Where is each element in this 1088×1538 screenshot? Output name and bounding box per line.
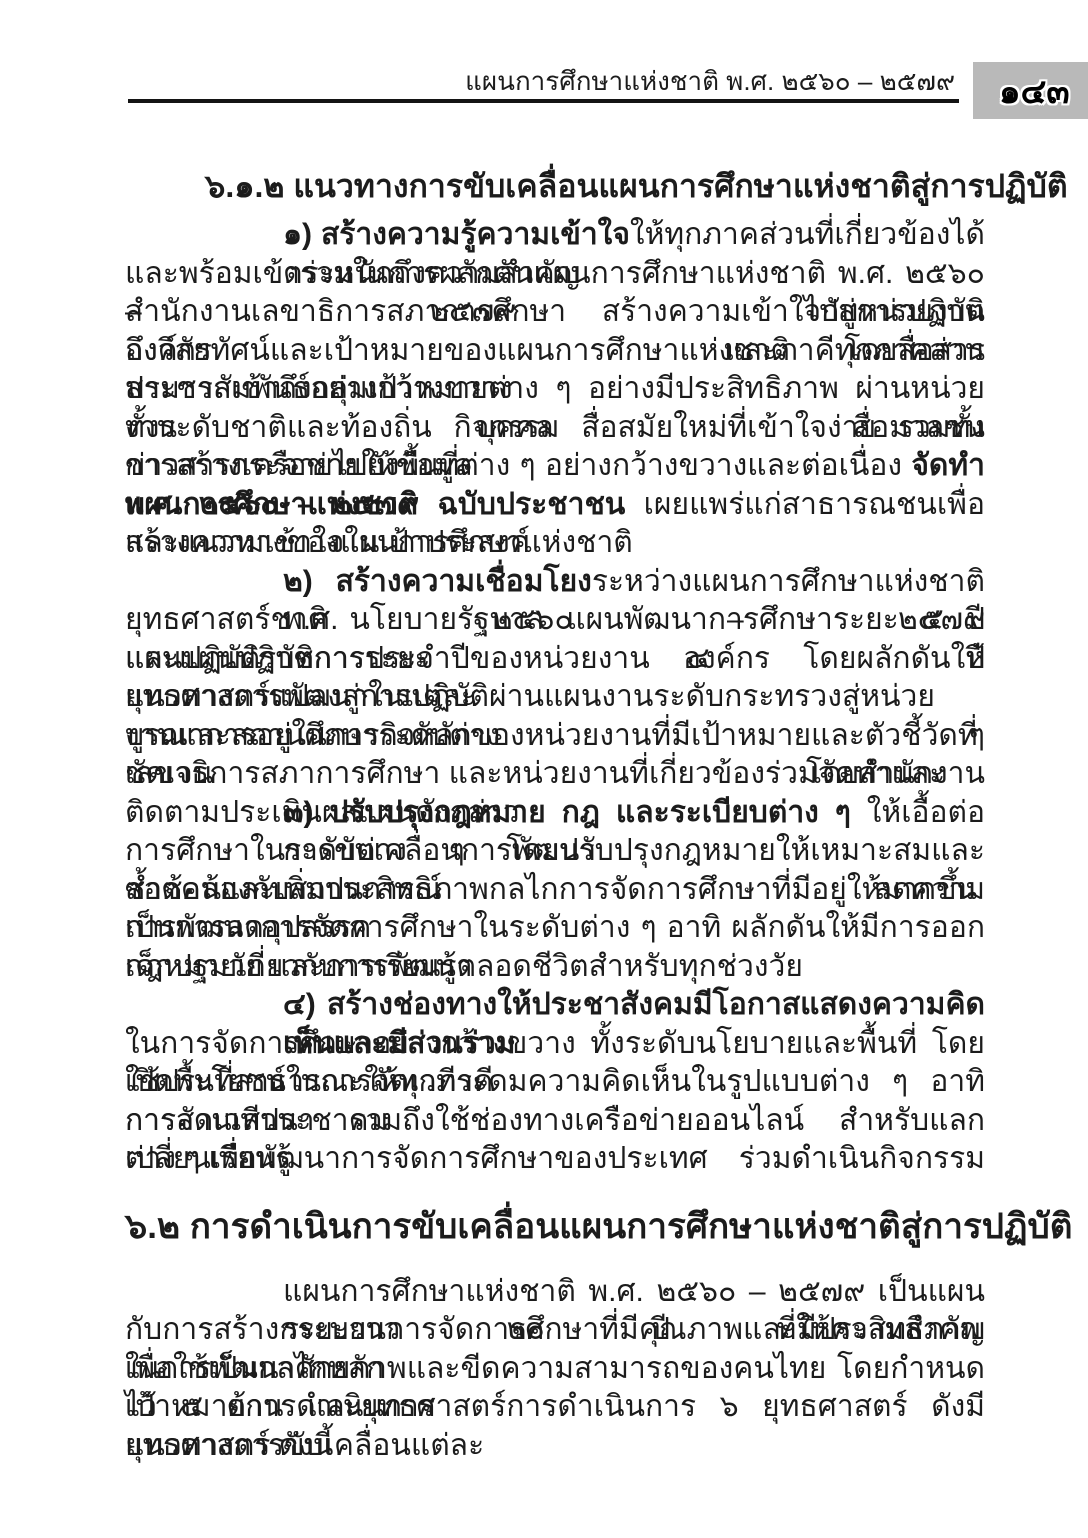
running-header-title: แผนการศึกษาแห่งชาติ พ.ศ. ๒๕๖๐ – ๒๕๗๙: [465, 64, 955, 98]
text-line: ๑) สร้างความรู้ความเข้าใจให้ทุกภาคส่วนที…: [125, 216, 985, 255]
text-line: ใช้ประโยชน์ในการจัดเวทีระดมความคิดเห็นใน…: [125, 1063, 985, 1102]
section-subheading: ๖.๑.๒ แนวทางการขับเคลื่อนแผนการศึกษาแห่ง…: [125, 166, 985, 216]
text-line: และแผนปฏิบัติการประจำปีของหน่วยงาน องค์ก…: [125, 640, 985, 679]
section-heading: ๖.๒ การดำเนินการขับเคลื่อนแผนการศึกษาแห่…: [125, 1201, 985, 1273]
text-line: แผนการศึกษาแห่งชาติ พ.ศ. ๒๕๖๐ – ๒๕๗๙ เป็…: [125, 1273, 985, 1312]
text-line: ยุทธศาสตร์ ดังนี้: [125, 1427, 985, 1466]
text-line: การศึกษาในระดับต่าง ๆ โดยปรับปรุงกฎหมายใ…: [125, 832, 985, 871]
page-number-badge: ๑๔๓: [973, 62, 1088, 119]
text-line: ๔) สร้างช่องทางให้ประชาสังคมมีโอกาสแสดงค…: [125, 986, 985, 1025]
bold-run: ๓) ปรับปรุงกฎหมาย กฎ และระเบียบต่าง ๆ: [283, 796, 867, 829]
text-line: สามารถเข้าถึงกลุ่มเป้าหมายต่าง ๆ อย่างมี…: [125, 370, 985, 409]
text-line: ในการจัดการศึกษาอย่างกว้างขวาง ทั้งระดับ…: [125, 1025, 985, 1064]
text-line: ถึงวิสัยทัศน์และเป้าหมายของแผนการศึกษาแห…: [125, 332, 985, 371]
text-line: และแนวทางของแผนการศึกษาแห่งชาติ: [125, 524, 985, 563]
document-page: แผนการศึกษาแห่งชาติ พ.ศ. ๒๕๖๐ – ๒๕๗๙ ๑๔๓…: [0, 0, 1088, 1538]
text-line: บูรณาการอยู่ในภารกิจหลักของหน่วยงานที่มี…: [125, 717, 985, 756]
page-number: ๑๔๓: [999, 64, 1070, 118]
paragraph: ๑) สร้างความรู้ความเข้าใจให้ทุกภาคส่วนที…: [125, 216, 985, 563]
text-line: ซ้ำซ้อนและเพิ่มประสิทธิภาพกลไกการจัดการศ…: [125, 871, 985, 910]
bold-run: พ.ศ. ๒๕๖๐ – ๒๕๗๙ ฉบับประชาชน: [125, 488, 625, 521]
bold-run: ๒) สร้างความเชื่อมโยง: [283, 565, 592, 598]
text-line: พ.ศ. ๒๕๖๐ – ๒๕๗๙ ฉบับประชาชน เผยแพร่แก่ส…: [125, 486, 985, 525]
text-line: ยุทธศาสตร์ชาติ นโยบายรัฐบาล แผนพัฒนาการศ…: [125, 601, 985, 640]
text-line: การพัฒนาการจัดการศึกษาในระดับต่าง ๆ อาทิ…: [125, 909, 985, 948]
header-rule: [128, 99, 959, 103]
text-line: และพร้อมเข้าร่วมในการผลักดันแผนการศึกษาแ…: [125, 255, 985, 294]
paragraph: ๒) สร้างความเชื่อมโยงระหว่างแผนการศึกษาแ…: [125, 563, 985, 794]
text-line: การสานเสวนา รวมถึงใช้ช่องทางเครือข่ายออน…: [125, 1102, 985, 1141]
text-line: ไว้ ๕ ด้าน และยุทธศาสตร์การดำเนินการ ๖ ย…: [125, 1388, 985, 1427]
text-line: กับการสร้างกระบวนการจัดการศึกษาที่มีคุณภ…: [125, 1311, 985, 1350]
text-line: ๒) สร้างความเชื่อมโยงระหว่างแผนการศึกษาแ…: [125, 563, 985, 602]
text-line: ยุทธศาสตร์แปลงสู่การปฏิบัติผ่านแผนงานระด…: [125, 678, 985, 717]
paragraph: แผนการศึกษาแห่งชาติ พ.ศ. ๒๕๖๐ – ๒๕๗๙ เป็…: [125, 1273, 985, 1466]
bold-run: ๑) สร้างความรู้ความเข้าใจ: [283, 218, 630, 251]
text-line: ในการพัฒนาศักยภาพและขีดความสามารถของคนไท…: [125, 1350, 985, 1389]
text-line: ทั้งระดับชาติและท้องถิ่น กิจกรรม สื่อสมั…: [125, 409, 985, 448]
text-line: เด็กปฐมวัย และการเรียนรู้ตลอดชีวิตสำหรับ…: [125, 948, 985, 987]
paragraph: ๔) สร้างช่องทางให้ประชาสังคมมีโอกาสแสดงค…: [125, 986, 985, 1179]
document-body: ๖.๑.๒ แนวทางการขับเคลื่อนแผนการศึกษาแห่ง…: [125, 166, 985, 1465]
text-line: ข่าวสารกระจายไปยังพื้นที่ต่าง ๆ อย่างกว้…: [125, 447, 985, 486]
text-line: สำนักงานเลขาธิการสภาการศึกษา สร้างความเข…: [125, 293, 985, 332]
text-line: เลขาธิการสภาการศึกษา และหน่วยงานที่เกี่ย…: [125, 755, 985, 794]
